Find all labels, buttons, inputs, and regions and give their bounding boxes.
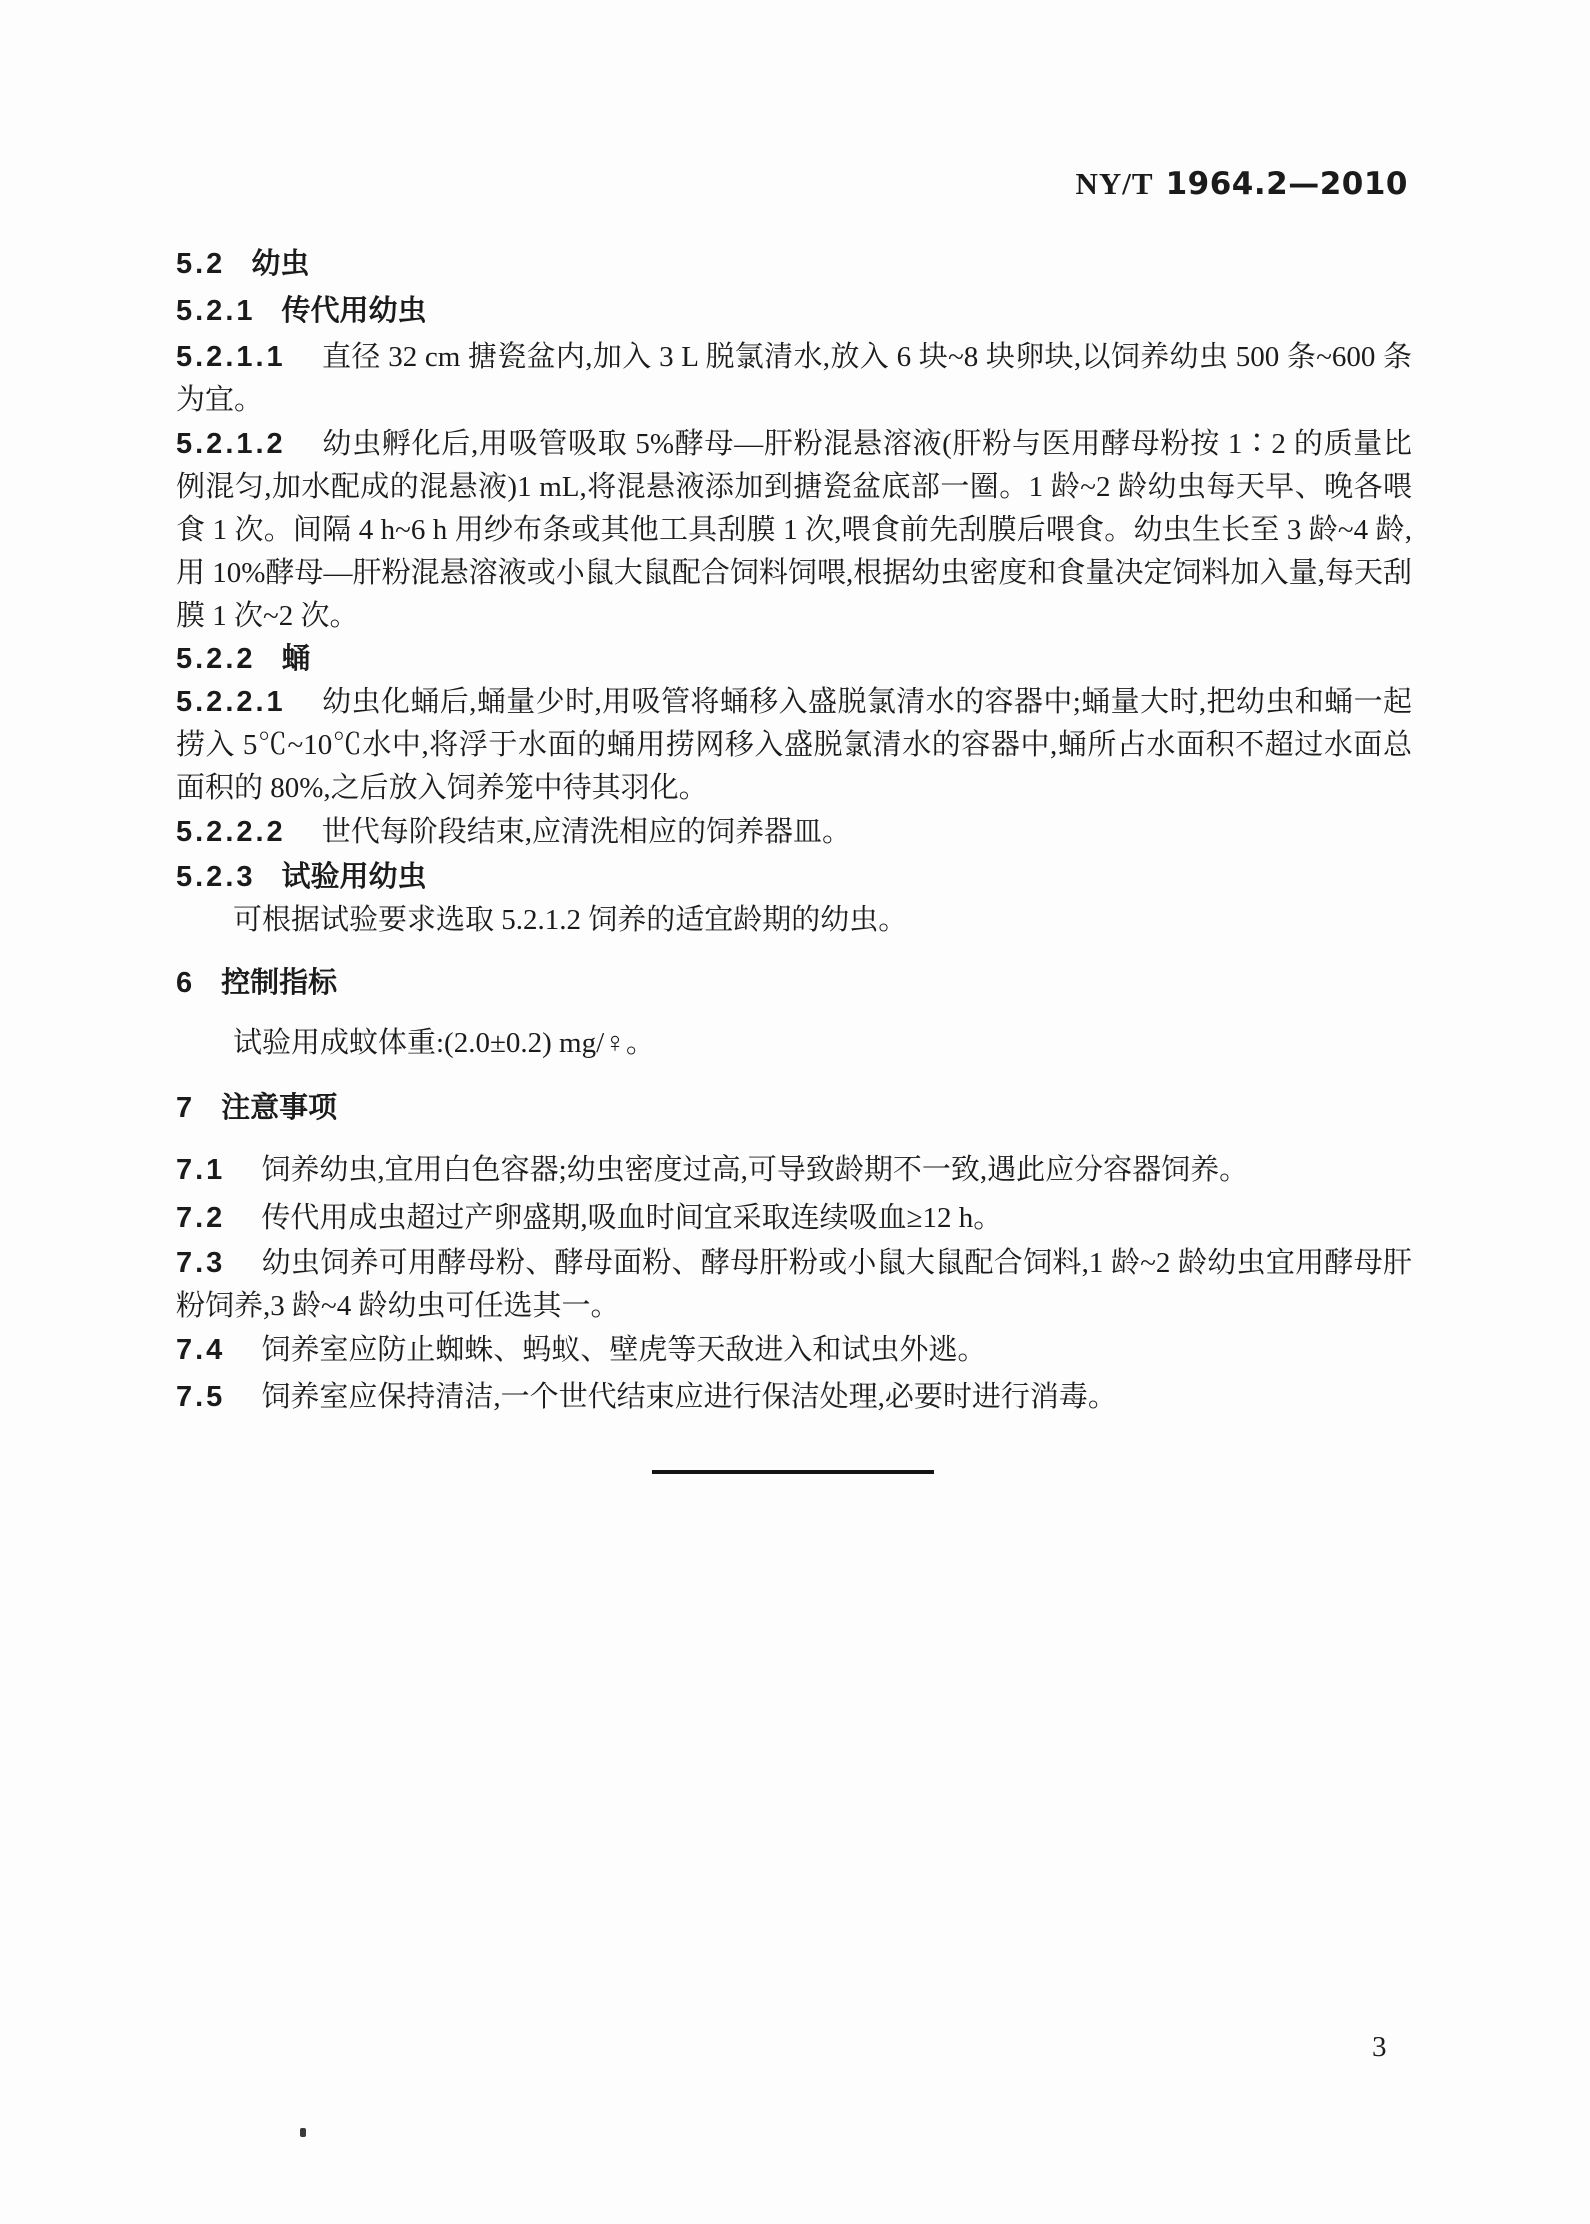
standard-code-number: 1964.2—2010 [1166, 166, 1408, 202]
clause-7-1: 7.1饲养幼虫,宜用白色容器;幼虫密度过高,可导致龄期不一致,遇此应分容器饲养。 [176, 1149, 1412, 1192]
clause-number: 7 [176, 1092, 195, 1124]
end-of-text-divider [652, 1470, 934, 1474]
clause-number: 7.3 [176, 1247, 225, 1279]
clause-number: 5.2.1 [176, 295, 256, 327]
scan-artifact-dot [300, 2128, 306, 2137]
clause-number: 5.2.2.2 [176, 816, 286, 848]
clause-number: 5.2.2.1 [176, 686, 286, 718]
paragraph-text: 试验用成蚊体重:(2.0±0.2) mg/♀。 [233, 1027, 655, 1059]
heading-7: 7注意事项 [176, 1087, 1412, 1130]
clause-number: 5.2.1.1 [176, 341, 286, 373]
clause-number: 7.2 [176, 1202, 225, 1234]
clause-text: 直径 32 cm 搪瓷盆内,加入 3 L 脱氯清水,放入 6 块~8 块卵块,以… [176, 341, 1412, 416]
clause-number: 7.4 [176, 1334, 225, 1366]
clause-7-5: 7.5饲养室应保持清洁,一个世代结束应进行保洁处理,必要时进行消毒。 [176, 1376, 1412, 1419]
clause-text: 世代每阶段结束,应清洗相应的饲养器皿。 [322, 816, 851, 848]
clause-number: 5.2.1.2 [176, 428, 286, 460]
heading-title: 传代用幼虫 [282, 295, 427, 327]
document-body: 5.2幼虫 5.2.1传代用幼虫 5.2.1.1直径 32 cm 搪瓷盆内,加入… [176, 243, 1412, 1419]
page-number: 3 [1372, 2026, 1387, 2069]
clause-5-2-1-1: 5.2.1.1直径 32 cm 搪瓷盆内,加入 3 L 脱氯清水,放入 6 块~… [176, 336, 1412, 422]
clause-5-2-2-2: 5.2.2.2世代每阶段结束,应清洗相应的饲养器皿。 [176, 811, 1412, 854]
paragraph-5-2-3: 可根据试验要求选取 5.2.1.2 饲养的适宜龄期的幼虫。 [176, 899, 1412, 942]
clause-7-4: 7.4饲养室应防止蜘蛛、蚂蚁、壁虎等天敌进入和试虫外逃。 [176, 1329, 1412, 1372]
paragraph-6: 试验用成蚊体重:(2.0±0.2) mg/♀。 [176, 1022, 1412, 1065]
clause-number: 7.5 [176, 1381, 225, 1413]
heading-title: 控制指标 [221, 967, 337, 999]
heading-title: 幼虫 [251, 248, 309, 280]
clause-7-3: 7.3幼虫饲养可用酵母粉、酵母面粉、酵母肝粉或小鼠大鼠配合饲料,1 龄~2 龄幼… [176, 1242, 1412, 1328]
clause-5-2-2-1: 5.2.2.1幼虫化蛹后,蛹量少时,用吸管将蛹移入盛脱氯清水的容器中;蛹量大时,… [176, 681, 1412, 810]
heading-5-2-1: 5.2.1传代用幼虫 [176, 290, 1412, 333]
clause-text: 饲养室应保持清洁,一个世代结束应进行保洁处理,必要时进行消毒。 [261, 1381, 1117, 1413]
standard-code-header: NY/T1964.2—2010 [1076, 166, 1408, 202]
heading-5-2-2: 5.2.2蛹 [176, 638, 1412, 681]
clause-text: 传代用成虫超过产卵盛期,吸血时间宜采取连续吸血≥12 h。 [261, 1202, 1002, 1234]
heading-5-2: 5.2幼虫 [176, 243, 1412, 286]
heading-title: 蛹 [282, 643, 311, 675]
paragraph-text: 可根据试验要求选取 5.2.1.2 饲养的适宜龄期的幼虫。 [233, 904, 907, 936]
heading-title: 注意事项 [221, 1092, 337, 1124]
document-page: NY/T1964.2—2010 5.2幼虫 5.2.1传代用幼虫 5.2.1.1… [0, 0, 1590, 2224]
clause-text: 饲养室应防止蜘蛛、蚂蚁、壁虎等天敌进入和试虫外逃。 [261, 1334, 986, 1366]
clause-number: 6 [176, 967, 195, 999]
heading-title: 试验用幼虫 [282, 861, 427, 893]
heading-5-2-3: 5.2.3试验用幼虫 [176, 856, 1412, 899]
clause-number: 5.2.3 [176, 861, 256, 893]
clause-text: 幼虫孵化后,用吸管吸取 5%酵母—肝粉混悬溶液(肝粉与医用酵母粉按 1∶2 的质… [176, 428, 1412, 632]
heading-6: 6控制指标 [176, 962, 1412, 1005]
clause-text: 饲养幼虫,宜用白色容器;幼虫密度过高,可导致龄期不一致,遇此应分容器饲养。 [261, 1154, 1248, 1186]
clause-text: 幼虫饲养可用酵母粉、酵母面粉、酵母肝粉或小鼠大鼠配合饲料,1 龄~2 龄幼虫宜用… [176, 1247, 1412, 1322]
clause-number: 7.1 [176, 1154, 225, 1186]
clause-number: 5.2 [176, 248, 225, 280]
clause-number: 5.2.2 [176, 643, 256, 675]
clause-7-2: 7.2传代用成虫超过产卵盛期,吸血时间宜采取连续吸血≥12 h。 [176, 1197, 1412, 1240]
standard-code-prefix: NY/T [1076, 166, 1154, 201]
clause-text: 幼虫化蛹后,蛹量少时,用吸管将蛹移入盛脱氯清水的容器中;蛹量大时,把幼虫和蛹一起… [176, 686, 1412, 804]
clause-5-2-1-2: 5.2.1.2幼虫孵化后,用吸管吸取 5%酵母—肝粉混悬溶液(肝粉与医用酵母粉按… [176, 423, 1412, 638]
